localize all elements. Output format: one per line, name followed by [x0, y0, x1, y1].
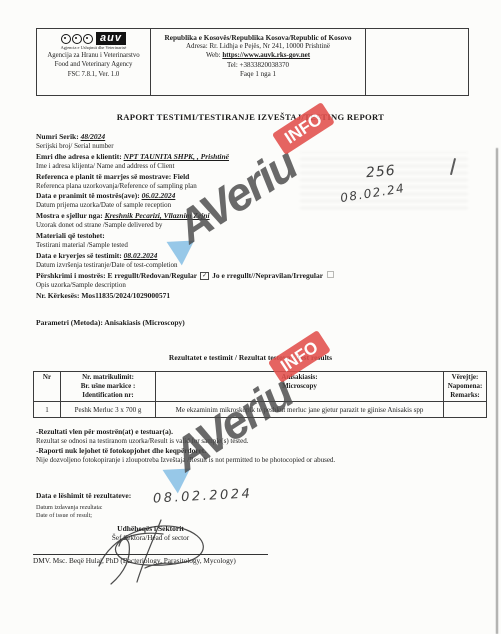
signatory-name: DMV. Msc. Beqë Hulaj, PhD (Bacteriology,… — [33, 556, 268, 565]
signatory-role: Udhëheqës i Sektorit — [33, 524, 268, 534]
issue-date-sub-english: Date of issue of result; — [36, 512, 253, 520]
agency-fsc-version: FSC 7.8.1, Ver. 1.0 — [68, 71, 120, 79]
field-serial-number-sub: Serijski broj/ Serial number — [36, 142, 334, 152]
address-line: Adresa: Rr. Lidhja e Pejës, Nr 241, 1000… — [151, 42, 365, 51]
web-url: https://www.auvk.rks-gov.net — [222, 51, 310, 59]
signature-line — [33, 554, 268, 555]
agency-logo-cell: auv Agjencia e Ushqimit dhe Veterinarisë… — [37, 29, 151, 95]
signature-block: Udhëheqës i Sektorit Šef Sektora/Head of… — [33, 524, 268, 565]
auv-logo-text: auv — [96, 32, 126, 45]
web-line: Web: https://www.auvk.rks-gov.net — [151, 51, 365, 60]
col-header-nr: Nr — [34, 372, 61, 402]
page-number: Faqe 1 nga 1 — [151, 70, 365, 79]
notes-block: -Rezultati vlen për mostrën(at) e testua… — [36, 427, 335, 465]
issue-date-line: Data e lëshimit të rezultateve:08.02.202… — [36, 485, 253, 504]
auv-logo: auv — [61, 32, 126, 45]
cell-result: Me ekzaminim mikroskopik te peshkut merl… — [156, 402, 444, 418]
field-sample-description-sub: Opis uzorka/Sample description — [36, 281, 334, 291]
report-title: RAPORT TESTIMI/TESTIRANJE IZVEŠTAJ/TESTI… — [0, 112, 501, 122]
field-client-sub: Ime i adresa klijenta/ Name and address … — [36, 162, 334, 172]
issue-date-block: Data e lëshimit të rezultateve:08.02.202… — [36, 485, 253, 519]
agency-name-english: Food and Veterinary Agency — [55, 61, 133, 69]
issue-date-label: Data e lëshimit të rezultateve: — [36, 491, 131, 500]
web-label: Web: — [206, 51, 222, 59]
regular-checkbox-checked: ✓ — [200, 272, 209, 281]
field-delivered-by-sub: Uzorak donet od strane /Sample delivered… — [36, 221, 334, 231]
scanned-test-report-page: auv Agjencia e Ushqimit dhe Veterinarisë… — [0, 0, 501, 634]
table-row: 1 Peshk Merluc 3 x 700 g Me ekzaminim mi… — [34, 402, 487, 418]
cell-remark — [444, 402, 487, 418]
field-serial-number: Numri Serik: 48/2024 — [36, 132, 334, 142]
cell-identification: Peshk Merluc 3 x 700 g — [61, 402, 156, 418]
col-header-identification: Nr. matrikulimit: Br. ušne markice : Ide… — [61, 372, 156, 402]
field-test-date-sub: Datum izvršenja testiranje/Date of test-… — [36, 261, 334, 271]
field-reception-date: Data e pranimit të mostrës(ave): 06.02.2… — [36, 191, 334, 201]
results-table: Nr Nr. matrikulimit: Br. ušne markice : … — [33, 371, 487, 418]
fields-block: Numri Serik: 48/2024 Serijski broj/ Seri… — [36, 132, 334, 300]
cell-nr: 1 — [34, 402, 61, 418]
handwritten-issue-date: 08.02.2024 — [153, 486, 253, 506]
results-header-row: Nr Nr. matrikulimit: Br. ušne markice : … — [34, 372, 487, 402]
field-test-date: Data e kryerjes së testimit: 08.02.2024 — [36, 251, 334, 261]
signatory-role-alt: Šef Sektora/Head of sector — [33, 534, 268, 543]
note-copy-sub: Nije dozvoljeno fotokopiranje i zloupotr… — [36, 456, 335, 466]
irregular-checkbox-empty — [327, 271, 334, 278]
header-empty-cell — [366, 29, 468, 95]
header-table: auv Agjencia e Ushqimit dhe Veterinarisë… — [36, 28, 469, 96]
field-sample-description: Përshkrimi i mostrës: E rregullt/Redovan… — [36, 271, 334, 281]
tel-line: Tel: +3833820038370 — [151, 61, 365, 70]
col-header-parameter: Anisakiasis: Microscopy — [156, 372, 444, 402]
field-sampling-plan-sub: Referenca plana uzorkovanja/Reference of… — [36, 182, 334, 192]
scan-edge-artifact — [496, 148, 498, 634]
results-heading: Rezultatet e testimit / Rezultat testova… — [0, 353, 501, 362]
handwritten-sample-number: 256 — [365, 163, 396, 182]
field-reception-date-sub: Datum prijema uzorka/Date of sample rece… — [36, 201, 334, 211]
logo-tagline: Agjencia e Ushqimit dhe Veterinarisë — [61, 45, 127, 51]
col-header-remarks: Vërejtje: Napomena: Remarks: — [444, 372, 487, 402]
field-sampling-plan: Referenca e planit të marrjes së mostrav… — [36, 172, 334, 182]
issue-date-sub-bosnian: Datum izdavanja rezultata: — [36, 504, 253, 512]
field-request-number: Nr. Kërkesës: Mos11835/2024/1029000571 — [36, 291, 334, 301]
field-material-tested: Materiali që testohet: — [36, 231, 334, 241]
logo-circle-icon — [83, 34, 93, 44]
republic-line: Republika e Kosovës/Republika Kosova/Rep… — [151, 33, 365, 42]
field-material-tested-sub: Testirani material /Sample tested — [36, 241, 334, 251]
note-validity-sub: Rezultat se odnosi na testiranom uzorka/… — [36, 437, 335, 447]
note-validity: -Rezultati vlen për mostrën(at) e testua… — [36, 427, 335, 437]
field-delivered-by: Mostra e sjellur nga: Kreshnik Pecarizi,… — [36, 211, 334, 221]
field-parameter-method: Parametri (Metoda): Anisakiasis (Microsc… — [36, 318, 185, 327]
agency-name-bosnian: Agencija za Hranu i Veterinarstvo — [44, 52, 144, 60]
logo-circle-icon — [72, 34, 82, 44]
note-copy: -Raporti nuk lejohet të fotokopjohet dhe… — [36, 446, 335, 456]
republic-info-cell: Republika e Kosovës/Republika Kosova/Rep… — [151, 29, 366, 95]
field-client: Emri dhe adresa e klientit: NPT TAUNITA … — [36, 152, 334, 162]
logo-circle-icon — [61, 34, 71, 44]
